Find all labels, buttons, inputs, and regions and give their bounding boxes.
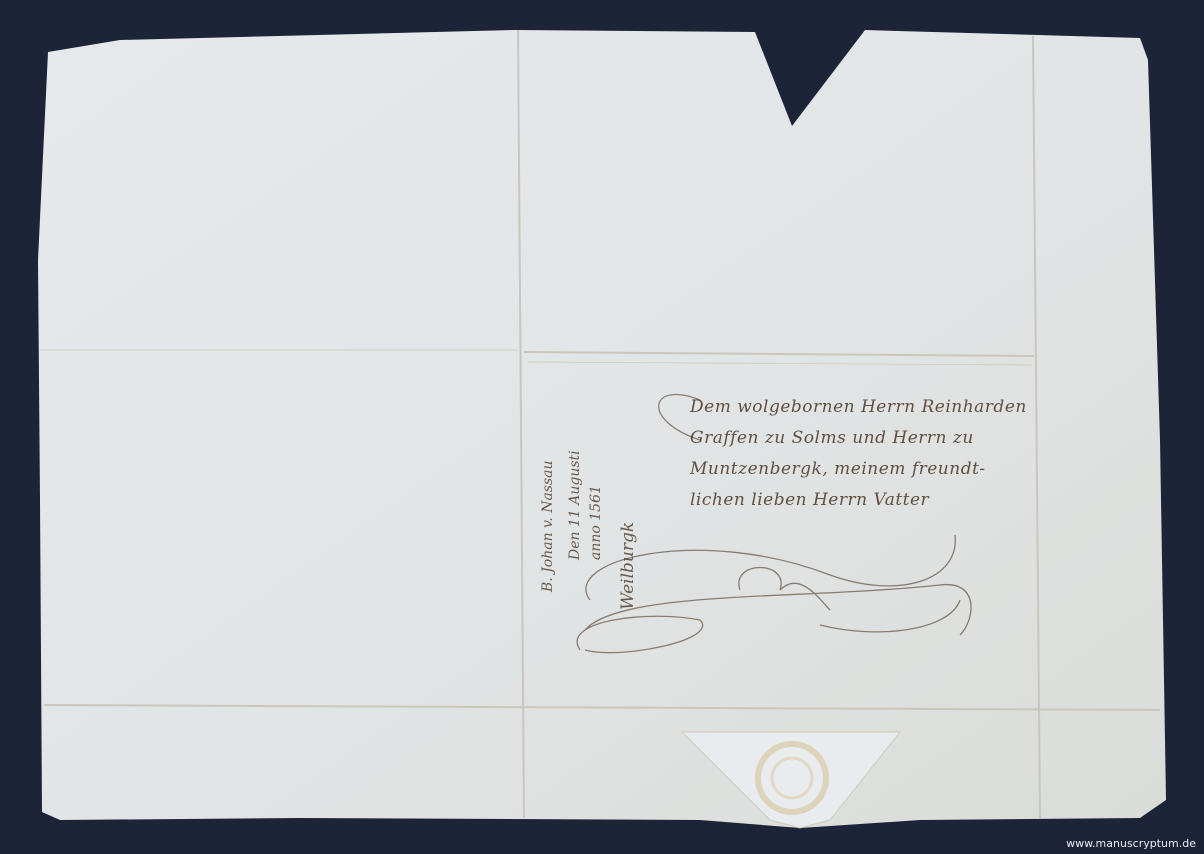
address-block: Dem wolgebornen Herrn Reinharden Graffen… [690,392,1027,516]
side-note: anno 1561 [588,485,604,560]
side-note: Den 11 Augusti [567,450,583,560]
address-line: Dem wolgebornen Herrn Reinharden [690,392,1027,423]
address-line: lichen lieben Herrn Vatter [690,485,1027,516]
side-note: B. Johan v. Nassau [540,460,556,592]
side-note: Weilburgk [618,522,638,610]
address-line: Graffen zu Solms und Herrn zu [690,423,1027,454]
address-line: Muntzenbergk, meinem freundt- [690,454,1027,485]
watermark: www.manuscryptum.de [1066,837,1196,850]
